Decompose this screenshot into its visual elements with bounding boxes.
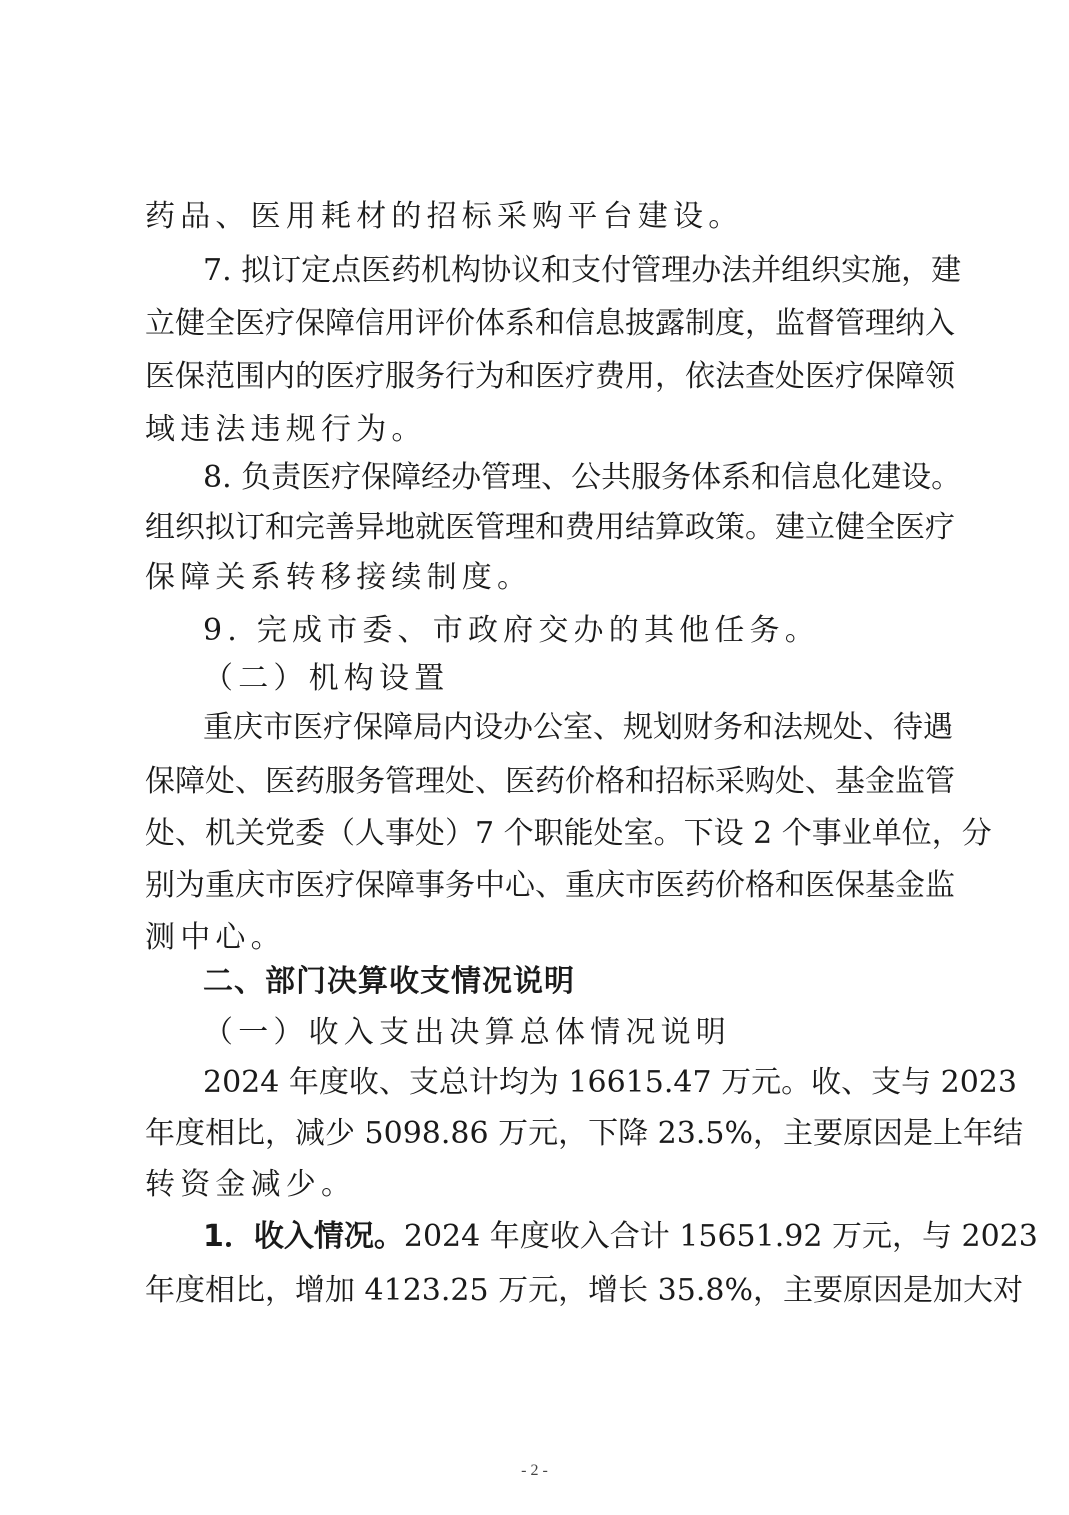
paragraph-line: 转资金减少。 (145, 1165, 937, 1205)
section-subheading: （二）机构设置 (203, 659, 995, 699)
paragraph-line: 组织拟订和完善异地就医管理和费用结算政策。建立健全医疗 (145, 508, 937, 548)
section-heading: 二、部门决算收支情况说明 (203, 962, 995, 1002)
paragraph-line: 重庆市医疗保障局内设办公室、规划财务和法规处、待遇 (203, 708, 937, 748)
paragraph-line: 9. 完成市委、市政府交办的其他任务。 (203, 611, 995, 651)
section-subheading: （一）收入支出决算总体情况说明 (203, 1013, 995, 1053)
paragraph-line: 2024 年度收、支总计均为 16615.47 万元。收、支与 2023 (203, 1063, 937, 1103)
paragraph-line: 别为重庆市医疗保障事务中心、重庆市医药价格和医保基金监 (145, 866, 937, 906)
paragraph-line: 保障关系转移接续制度。 (145, 558, 937, 598)
paragraph-line: 8. 负责医疗保障经办管理、公共服务体系和信息化建设。 (203, 458, 937, 498)
paragraph-line: 医保范围内的医疗服务行为和医疗费用，依法查处医疗保障领 (145, 357, 937, 397)
paragraph-line: 药品、医用耗材的招标采购平台建设。 (145, 197, 937, 237)
paragraph-line: 年度相比，增加 4123.25 万元，增长 35.8%，主要原因是加大对 (145, 1271, 937, 1311)
document-page: 药品、医用耗材的招标采购平台建设。 7. 拟订定点医药机构协议和支付管理办法并组… (0, 0, 1069, 1515)
paragraph-line: 1．收入情况。2024 年度收入合计 15651.92 万元，与 2023 (203, 1217, 937, 1257)
income-label: 1．收入情况。 (203, 1219, 404, 1254)
paragraph-line: 域违法违规行为。 (145, 410, 937, 450)
paragraph-line: 7. 拟订定点医药机构协议和支付管理办法并组织实施，建 (203, 251, 937, 291)
paragraph-line: 测中心。 (145, 918, 937, 958)
paragraph-line: 立健全医疗保障信用评价体系和信息披露制度，监督管理纳入 (145, 304, 937, 344)
paragraph-line: 保障处、医药服务管理处、医药价格和招标采购处、基金监管 (145, 762, 937, 802)
paragraph-line: 年度相比，减少 5098.86 万元，下降 23.5%，主要原因是上年结 (145, 1114, 937, 1154)
page-number: - 2 - (0, 1462, 1069, 1480)
income-text: 2024 年度收入合计 15651.92 万元，与 2023 (404, 1219, 1038, 1254)
paragraph-line: 处、机关党委（人事处）7 个职能处室。下设 2 个事业单位，分 (145, 814, 937, 854)
